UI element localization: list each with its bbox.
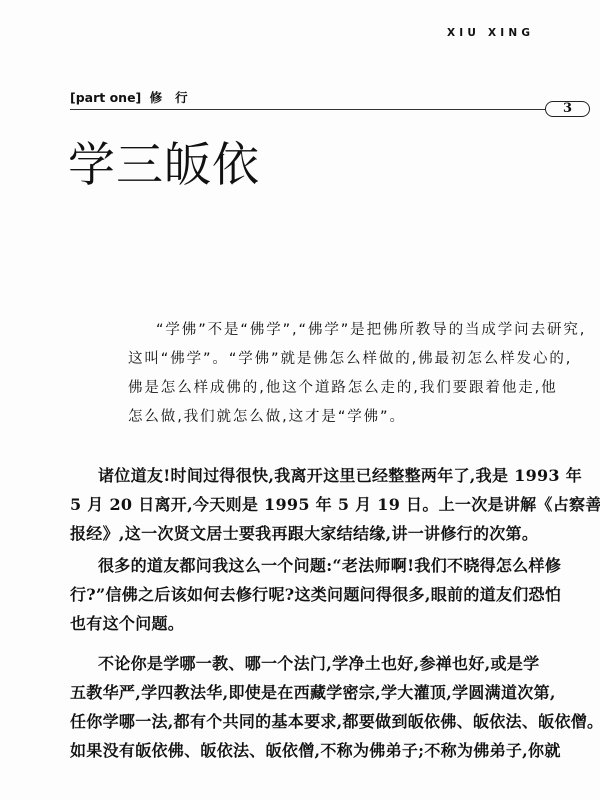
paragraph-line: 报经》,这一次贤文居士要我再跟大家结结缘,讲一讲修行的次第。 — [70, 519, 570, 548]
paragraph-line: 五教华严,学四教法华,即使是在西藏学密宗,学大灌顶,学圆满道次第, — [70, 678, 570, 707]
paragraph: 很多的道友都问我这么一个问题:“老法师啊!我们不晓得怎么样修 行?”信佛之后该如… — [70, 551, 570, 638]
epigraph-line: 这叫“佛学”。“学佛”就是佛怎么样做的,佛最初怎么样发心的, — [128, 345, 568, 374]
epigraph-line: 佛是怎么样成佛的,他这个道路怎么走的,我们要跟着他走,他 — [128, 374, 568, 403]
paragraph-line: 行?”信佛之后该如何去修行呢?这类问题问得很多,眼前的道友们恐怕 — [70, 580, 570, 609]
page-number: 3 — [545, 101, 590, 117]
header-rule — [70, 109, 546, 110]
paragraph-line: 不论你是学哪一教、哪一个法门,学净土也好,参禅也好,或是学 — [70, 649, 570, 678]
chapter-title: 学三皈依 — [68, 128, 260, 195]
paragraph-line: 也有这个问题。 — [70, 609, 570, 638]
paragraph-line: 很多的道友都问我这么一个问题:“老法师啊!我们不晓得怎么样修 — [70, 551, 570, 580]
epigraph-line: 怎么做,我们就怎么做,这才是“学佛”。 — [128, 403, 568, 432]
paragraph-line: 如果没有皈依佛、皈依法、皈依僧,不称为佛弟子;不称为佛弟子,你就 — [70, 736, 570, 765]
epigraph: “学佛”不是“佛学”,“佛学”是把佛所教导的当成学问去研究, 这叫“佛学”。“学… — [128, 316, 568, 432]
paragraph: 诸位道友!时间过得很快,我离开这里已经整整两年了,我是 1993 年 5 月 2… — [70, 461, 570, 548]
part-label: [part one] 修行 — [70, 88, 201, 106]
part-label-en: [part one] — [70, 90, 141, 105]
paragraph-line: 诸位道友!时间过得很快,我离开这里已经整整两年了,我是 1993 年 — [70, 461, 570, 490]
paragraph-line: 任你学哪一法,都有个共同的基本要求,都要做到皈依佛、皈依法、皈依僧。 — [70, 707, 570, 736]
paragraph-line: 5 月 20 日离开,今天则是 1995 年 5 月 19 日。上一次是讲解《占… — [70, 490, 570, 519]
epigraph-line: “学佛”不是“佛学”,“佛学”是把佛所教导的当成学问去研究, — [128, 316, 568, 345]
paragraph: 不论你是学哪一教、哪一个法门,学净土也好,参禅也好,或是学 五教华严,学四教法华… — [70, 649, 570, 765]
running-head: XIU XING — [447, 27, 534, 39]
part-label-cn: 修行 — [150, 90, 201, 105]
